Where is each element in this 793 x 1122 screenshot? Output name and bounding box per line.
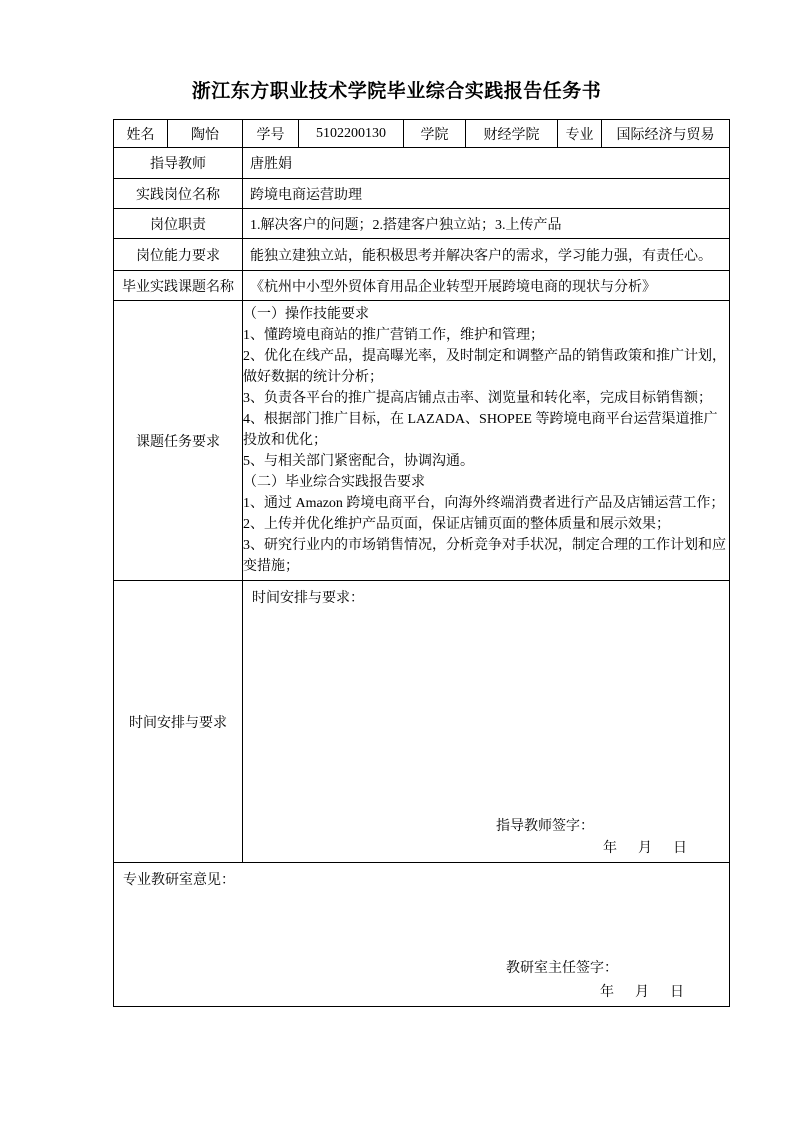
schedule-heading: 时间安排与要求： bbox=[252, 589, 364, 609]
college-value: 财经学院 bbox=[466, 120, 558, 148]
task-line: 2、优化在线产品，提高曝光率，及时制定和调整产品的销售政策和推广计划，做好数据的… bbox=[243, 346, 729, 388]
office-opinion-heading: 专业教研室意见： bbox=[123, 871, 235, 891]
advisor-value: 唐胜娟 bbox=[243, 148, 730, 179]
task-requirements-content: （一）操作技能要求 1、懂跨境电商站的推广营销工作，维护和管理； 2、优化在线产… bbox=[243, 301, 730, 581]
task-requirements-row: 课题任务要求 （一）操作技能要求 1、懂跨境电商站的推广营销工作，维护和管理； … bbox=[114, 301, 730, 581]
duty-value: 1.解决客户的问题；2.搭建客户独立站；3.上传产品 bbox=[243, 209, 730, 239]
ability-value: 能独立建独立站，能积极思考并解决客户的需求，学习能力强，有责任心。 bbox=[243, 239, 730, 271]
task-line: 5、与相关部门紧密配合，协调沟通。 bbox=[243, 451, 729, 472]
task-requirements-label: 课题任务要求 bbox=[114, 301, 243, 581]
advisor-label: 指导教师 bbox=[114, 148, 243, 179]
advisor-signature-date: 年 月 日 bbox=[603, 840, 687, 858]
task-line: 3、负责各平台的推广提高店铺点击率、浏览量和转化率，完成目标销售额； bbox=[243, 388, 729, 409]
schedule-content: 时间安排与要求： 指导教师签字： 年 月 日 bbox=[243, 581, 730, 863]
college-label: 学院 bbox=[404, 120, 466, 148]
schedule-row: 时间安排与要求 时间安排与要求： 指导教师签字： 年 月 日 bbox=[114, 581, 730, 863]
duty-label: 岗位职责 bbox=[114, 209, 243, 239]
ability-row: 岗位能力要求 能独立建独立站，能积极思考并解决客户的需求，学习能力强，有责任心。 bbox=[114, 239, 730, 271]
task-line: （一）操作技能要求 bbox=[243, 304, 729, 325]
topic-row: 毕业实践课题名称 《杭州中小型外贸体育用品企业转型开展跨境电商的现状与分析》 bbox=[114, 271, 730, 301]
task-line: 1、通过 Amazon 跨境电商平台，向海外终端消费者进行产品及店铺运营工作； bbox=[243, 493, 729, 514]
office-director-signature-date: 年 月 日 bbox=[600, 984, 684, 1002]
position-value: 跨境电商运营助理 bbox=[243, 179, 730, 209]
topic-value: 《杭州中小型外贸体育用品企业转型开展跨境电商的现状与分析》 bbox=[243, 271, 730, 301]
office-opinion-row: 专业教研室意见： 教研室主任签字： 年 月 日 bbox=[114, 863, 730, 1007]
task-line: （二）毕业综合实践报告要求 bbox=[243, 472, 729, 493]
duty-row: 岗位职责 1.解决客户的问题；2.搭建客户独立站；3.上传产品 bbox=[114, 209, 730, 239]
advisor-signature-line: 指导教师签字： bbox=[496, 818, 594, 836]
advisor-row: 指导教师 唐胜娟 bbox=[114, 148, 730, 179]
task-line: 3、研究行业内的市场销售情况，分析竞争对手状况，制定合理的工作计划和应变措施； bbox=[243, 535, 729, 577]
schedule-label: 时间安排与要求 bbox=[114, 581, 243, 863]
task-line: 1、懂跨境电商站的推广营销工作，维护和管理； bbox=[243, 325, 729, 346]
task-form-table: 姓名 陶怡 学号 5102200130 学院 财经学院 专业 国际经济与贸易 指… bbox=[113, 119, 730, 1007]
office-opinion-cell: 专业教研室意见： 教研室主任签字： 年 月 日 bbox=[114, 864, 729, 1006]
student-id-label: 学号 bbox=[243, 120, 299, 148]
topic-label: 毕业实践课题名称 bbox=[114, 271, 243, 301]
info-row: 姓名 陶怡 学号 5102200130 学院 财经学院 专业 国际经济与贸易 bbox=[114, 120, 730, 148]
office-director-signature-line: 教研室主任签字： bbox=[506, 960, 618, 978]
schedule-cell: 时间安排与要求： 指导教师签字： 年 月 日 bbox=[243, 582, 729, 862]
name-label: 姓名 bbox=[114, 120, 168, 148]
document-page: 浙江东方职业技术学院毕业综合实践报告任务书 姓名 陶怡 学号 510220013… bbox=[0, 0, 793, 1122]
task-line: 4、根据部门推广目标，在 LAZADA、SHOPEE 等跨境电商平台运营渠道推广… bbox=[243, 409, 729, 451]
task-line: 2、上传并优化维护产品页面，保证店铺页面的整体质量和展示效果； bbox=[243, 514, 729, 535]
major-value: 国际经济与贸易 bbox=[602, 120, 730, 148]
office-opinion-content: 专业教研室意见： 教研室主任签字： 年 月 日 bbox=[114, 863, 730, 1007]
student-id-value: 5102200130 bbox=[299, 120, 404, 148]
major-label: 专业 bbox=[558, 120, 602, 148]
position-row: 实践岗位名称 跨境电商运营助理 bbox=[114, 179, 730, 209]
document-title: 浙江东方职业技术学院毕业综合实践报告任务书 bbox=[0, 76, 793, 103]
position-label: 实践岗位名称 bbox=[114, 179, 243, 209]
name-value: 陶怡 bbox=[168, 120, 243, 148]
ability-label: 岗位能力要求 bbox=[114, 239, 243, 271]
